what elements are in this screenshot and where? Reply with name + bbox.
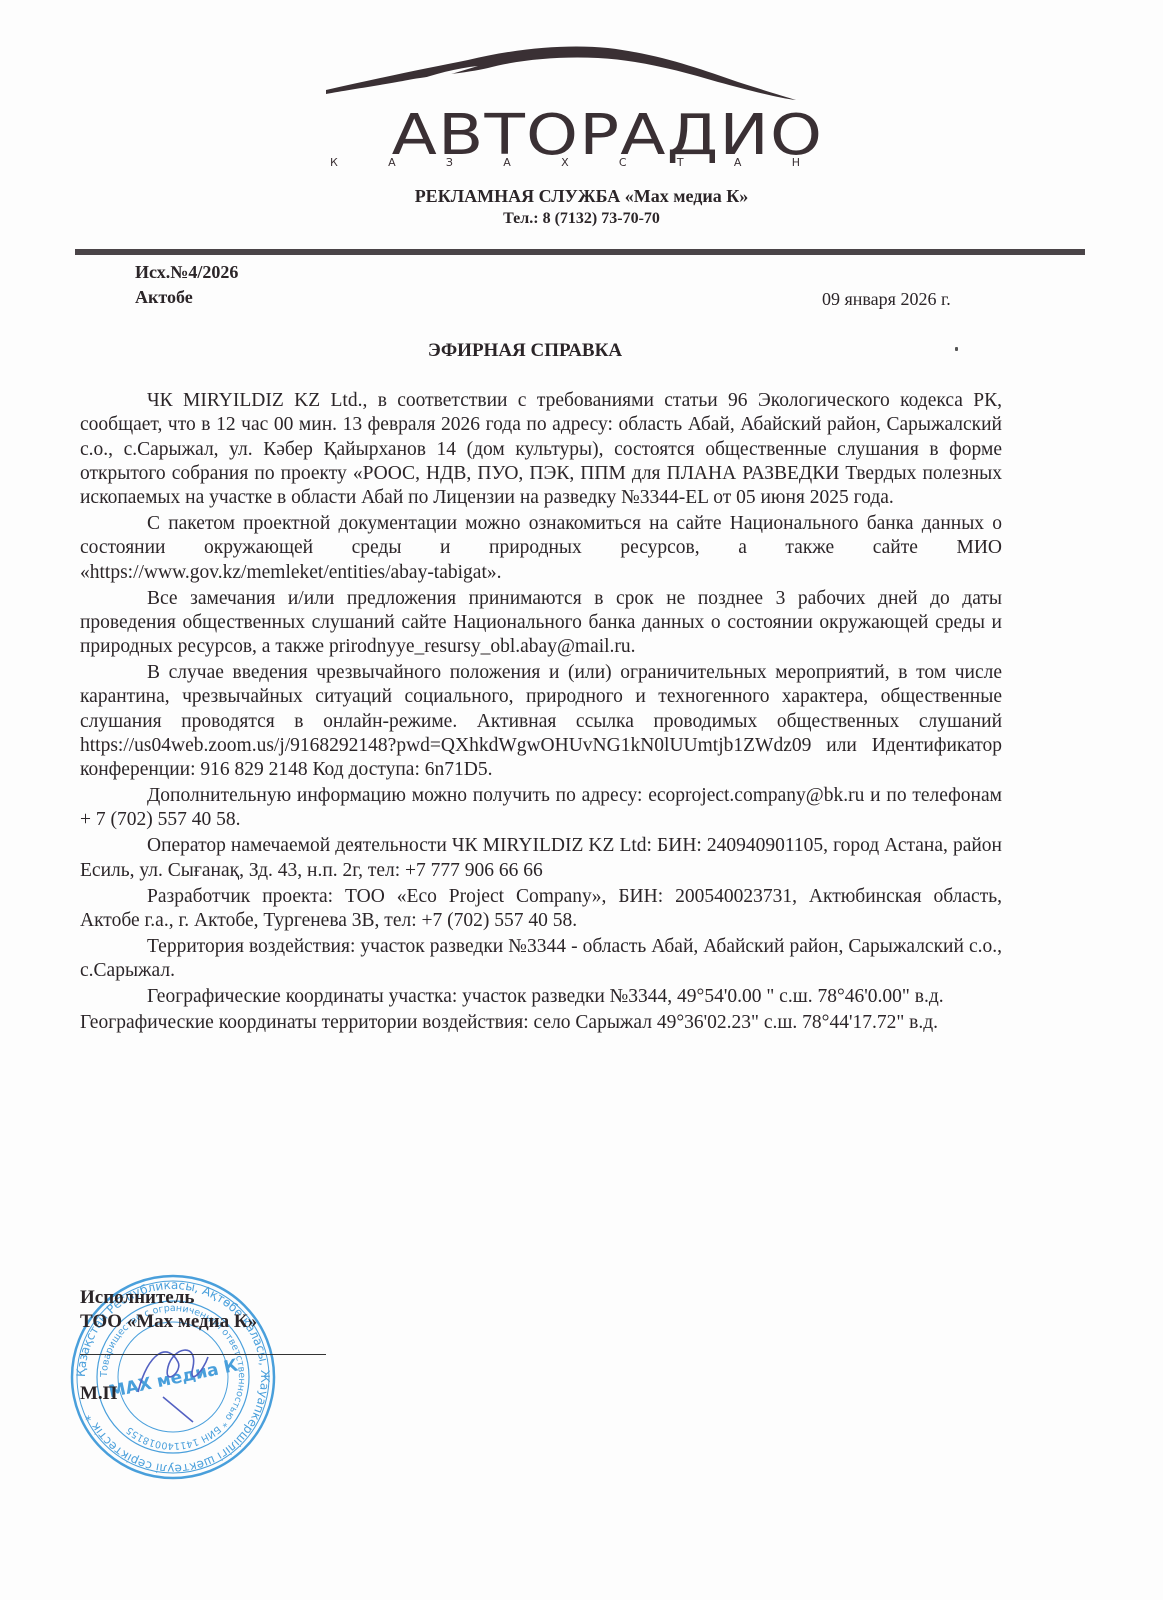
- paragraph-developer: Разработчик проекта: ТОО «Eco Project Co…: [80, 885, 1002, 934]
- agency-name: РЕКЛАМНАЯ СЛУЖБА «Max медиа К»: [0, 186, 1163, 207]
- logo-letter: К: [330, 156, 338, 169]
- paragraph-impact-coordinates: Географические координаты территории воз…: [80, 1011, 1002, 1035]
- logo-letter: А: [734, 156, 742, 169]
- logo-letter: Т: [677, 156, 684, 169]
- paragraph-site-coordinates: Географические координаты участка: участ…: [80, 985, 1002, 1009]
- paragraph-territory: Территория воздействия: участок разведки…: [80, 935, 1002, 984]
- logo-subtitle: К А З А Х С Т А Н: [330, 156, 800, 169]
- paragraph-announcement: ЧК MIRYILDIZ KZ Ltd., в соответствии с т…: [80, 389, 1002, 510]
- document-date: 09 января 2026 г.: [822, 289, 951, 310]
- document-title: ЭФИРНАЯ СПРАВКА: [0, 340, 1050, 362]
- agency-phone: Тел.: 8 (7132) 73-70-70: [0, 210, 1163, 228]
- logo-letter: С: [619, 156, 627, 169]
- logo-letter: А: [503, 156, 511, 169]
- document-page: АВТОРАДИО К А З А Х С Т А Н РЕКЛАМНАЯ СЛ…: [0, 0, 1163, 1600]
- seal-label: М.П: [80, 1383, 117, 1405]
- scan-speck: [955, 347, 958, 351]
- paragraph-operator: Оператор намечаемой деятельности ЧК MIRY…: [80, 834, 1002, 883]
- logo-letter: З: [446, 156, 453, 169]
- logo-letter: Н: [792, 156, 800, 169]
- paragraph-documentation: С пакетом проектной документации можно о…: [80, 512, 1002, 585]
- signature-line: [80, 1354, 326, 1355]
- signature-block: Исполнитель ТОО «Max медиа К»: [80, 1286, 257, 1334]
- reference-city: Актобе: [135, 287, 193, 308]
- signer-role: Исполнитель: [80, 1286, 257, 1310]
- svg-text:MAX медиа К: MAX медиа К: [107, 1355, 240, 1402]
- document-body: ЧК MIRYILDIZ KZ Ltd., в соответствии с т…: [80, 389, 1002, 1037]
- logo-letter: Х: [561, 156, 569, 169]
- header-divider: [75, 249, 1085, 255]
- paragraph-online-mode: В случае введения чрезвычайного положени…: [80, 661, 1002, 782]
- paragraph-contact-info: Дополнительную информацию можно получить…: [80, 784, 1002, 833]
- signer-company: ТОО «Max медиа К»: [80, 1310, 257, 1334]
- paragraph-comments: Все замечания и/или предложения принимаю…: [80, 587, 1002, 660]
- logo-letter: А: [388, 156, 396, 169]
- reference-number: Исх.№4/2026: [135, 262, 238, 283]
- car-silhouette-icon: [318, 38, 798, 108]
